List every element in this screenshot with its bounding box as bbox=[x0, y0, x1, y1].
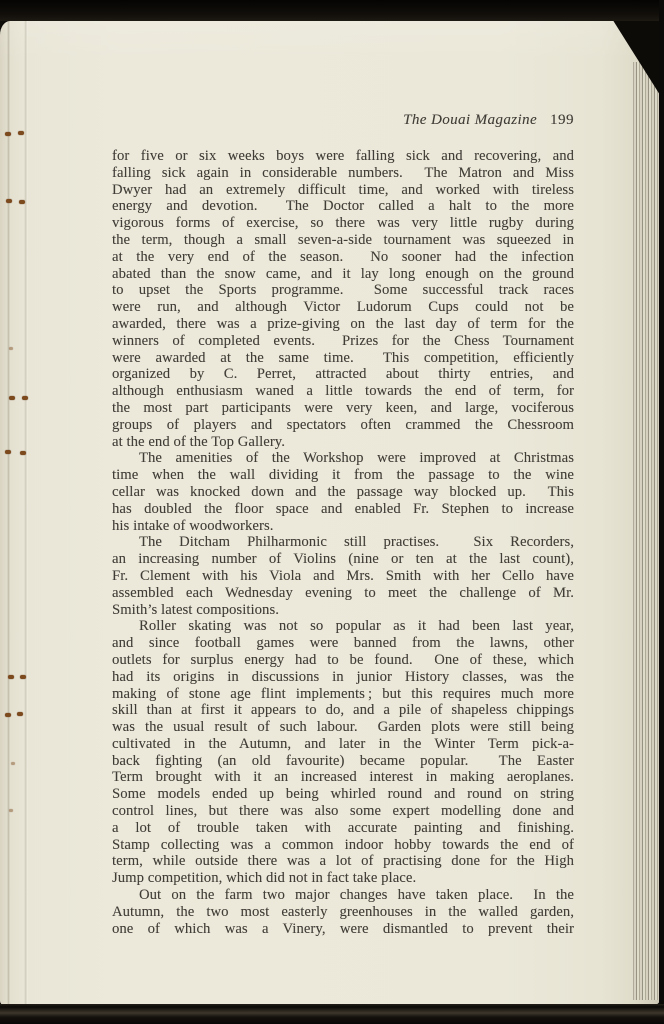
stitch-mark bbox=[20, 451, 26, 455]
text-line: cultivated in the Autumn, and later in t… bbox=[112, 736, 574, 753]
paragraph: Roller skating was not so popular as it … bbox=[112, 618, 574, 887]
text-line: falling sick again in considerable numbe… bbox=[112, 165, 574, 182]
stitch-mark bbox=[5, 450, 11, 454]
paragraph: The amenities of the Workshop were impro… bbox=[112, 450, 574, 534]
text-line: making of stone age flint implements ; b… bbox=[112, 686, 574, 703]
text-line: Roller skating was not so popular as it … bbox=[112, 618, 574, 635]
text-line: although enthusiasm waned a little towar… bbox=[112, 383, 574, 400]
text-line: Term brought with it an increased intere… bbox=[112, 769, 574, 786]
stitch-mark bbox=[11, 762, 15, 765]
journal-title: The Douai Magazine bbox=[403, 112, 537, 128]
paragraph: The Ditcham Philharmonic still practises… bbox=[112, 534, 574, 618]
text-line: Smith’s latest compositions. bbox=[112, 602, 574, 619]
text-line: the most part participants were very kee… bbox=[112, 400, 574, 417]
text-line: time when the wall dividing it from the … bbox=[112, 467, 574, 484]
text-line: outlets for surplus energy had to be fou… bbox=[112, 652, 574, 669]
stitch-mark bbox=[9, 809, 13, 812]
text-line: The Ditcham Philharmonic still practises… bbox=[112, 534, 574, 551]
text-line: Dwyer had an extremely difficult time, a… bbox=[112, 182, 574, 199]
book-photo: The Douai Magazine199 for five or six we… bbox=[0, 0, 664, 1024]
binding-crease bbox=[7, 21, 10, 1005]
text-line: Jump competition, which did not in fact … bbox=[112, 870, 574, 887]
text-line: energy and devotion. The Doctor called a… bbox=[112, 198, 574, 215]
bottom-shadow bbox=[0, 1004, 664, 1024]
text-line: was the usual result of such labour. Gar… bbox=[112, 719, 574, 736]
text-line: for five or six weeks boys were falling … bbox=[112, 148, 574, 165]
stitch-mark bbox=[17, 712, 23, 716]
stitch-mark bbox=[9, 347, 13, 350]
stitch-mark bbox=[6, 199, 12, 203]
stitch-mark bbox=[9, 396, 15, 400]
text-line: The amenities of the Workshop were impro… bbox=[112, 450, 574, 467]
text-line: the term, though a small seven-a-side to… bbox=[112, 232, 574, 249]
text-line: his intake of woodworkers. bbox=[112, 518, 574, 535]
text-line: Some models ended up being whirled round… bbox=[112, 786, 574, 803]
text-line: organized by C. Perret, attracted about … bbox=[112, 366, 574, 383]
text-line: Autumn, the two most easterly greenhouse… bbox=[112, 904, 574, 921]
text-line: were awarded at the same time. This comp… bbox=[112, 350, 574, 367]
text-line: at the end of the Top Gallery. bbox=[112, 434, 574, 451]
text-line: had its origins in discussions in junior… bbox=[112, 669, 574, 686]
text-line: Fr. Clement with his Viola and Mrs. Smit… bbox=[112, 568, 574, 585]
right-shadow bbox=[659, 0, 664, 1024]
text-line: at the very end of the season. No sooner… bbox=[112, 249, 574, 266]
text-line: groups of players and spectators often c… bbox=[112, 417, 574, 434]
paragraph: for five or six weeks boys were falling … bbox=[112, 148, 574, 450]
stitch-mark bbox=[20, 675, 26, 679]
text-line: an increasing number of Violins (nine or… bbox=[112, 551, 574, 568]
text-line: to upset the Sports programme. Some succ… bbox=[112, 282, 574, 299]
text-line: winners of completed events. Prizes for … bbox=[112, 333, 574, 350]
text-line: cellar was knocked down and the passage … bbox=[112, 484, 574, 501]
stitch-mark bbox=[19, 200, 25, 204]
text-line: term, while outside there was a lot of p… bbox=[112, 853, 574, 870]
text-line: abated than the snow came, and it lay lo… bbox=[112, 266, 574, 283]
stitch-mark bbox=[8, 675, 14, 679]
text-line: awarded, there was a prize-giving on the… bbox=[112, 316, 574, 333]
text-line: control lines, but there was also some e… bbox=[112, 803, 574, 820]
text-line: Out on the farm two major changes have t… bbox=[112, 887, 574, 904]
text-line: skill than at first it appears to do, an… bbox=[112, 702, 574, 719]
text-line: has doubled the floor space and enabled … bbox=[112, 501, 574, 518]
text-line: vigorous forms of exercise, so there was… bbox=[112, 215, 574, 232]
page-number: 199 bbox=[550, 112, 574, 128]
paragraph: Out on the farm two major changes have t… bbox=[112, 887, 574, 937]
page-stack-edge bbox=[631, 62, 659, 1000]
text-line: and since football games were banned fro… bbox=[112, 635, 574, 652]
page-header: The Douai Magazine199 bbox=[112, 112, 574, 129]
top-shadow bbox=[0, 0, 664, 21]
stitch-mark bbox=[18, 131, 24, 135]
text-line: assembled each Wednesday evening to meet… bbox=[112, 585, 574, 602]
stitch-mark bbox=[22, 396, 28, 400]
text-line: Stamp collecting was a common indoor hob… bbox=[112, 837, 574, 854]
text-line: were run, and although Victor Ludorum Cu… bbox=[112, 299, 574, 316]
text-line: a lot of trouble taken with accurate pai… bbox=[112, 820, 574, 837]
stitch-mark bbox=[5, 132, 11, 136]
page-text: for five or six weeks boys were falling … bbox=[112, 148, 574, 937]
stitch-mark bbox=[5, 713, 11, 717]
text-line: back fighting (an old favourite) became … bbox=[112, 753, 574, 770]
text-line: one of which was a Vinery, were dismantl… bbox=[112, 921, 574, 938]
binding-crease bbox=[24, 21, 28, 1005]
